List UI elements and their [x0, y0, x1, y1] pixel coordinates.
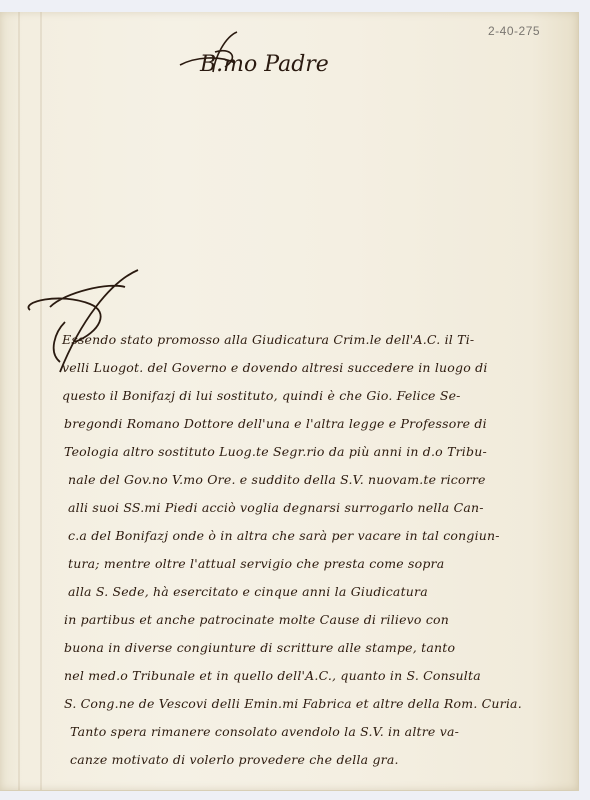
- letter-line: velli Luogot. del Governo e dovendo altr…: [62, 360, 488, 375]
- salutation-flourish-icon: [175, 27, 255, 87]
- letter-line: c.a del Bonifazj onde ò in altra che sar…: [68, 528, 500, 543]
- letter-line: in partibus et anche patrocinate molte C…: [64, 612, 449, 627]
- letter-line: alli suoi SS.mi Piedi acciò voglia degna…: [68, 500, 484, 515]
- letter-line: Essendo stato promosso alla Giudicatura …: [62, 332, 474, 347]
- letter-line: questo il Bonifazj di lui sostituto, qui…: [62, 388, 461, 403]
- letter-line: nale del Gov.no V.mo Ore. e suddito dell…: [68, 472, 486, 487]
- letter-line: Teologia altro sostituto Luog.te Segr.ri…: [64, 444, 487, 459]
- letter-line: Tanto spera rimanere consolato avendolo …: [70, 724, 459, 739]
- letter-line: S. Cong.ne de Vescovi delli Emin.mi Fabr…: [64, 696, 522, 711]
- letter-line: tura; mentre oltre l'attual servigio che…: [68, 556, 444, 571]
- salutation: B.mo Padre: [200, 52, 329, 77]
- archive-number: 2-40-275: [488, 24, 540, 38]
- letter-line: nel med.o Tribunale et in quello dell'A.…: [64, 668, 481, 683]
- letter-line: bregondi Romano Dottore dell'una e l'alt…: [64, 416, 487, 431]
- letter-line: canze motivato di volerlo provedere che …: [70, 752, 399, 767]
- letter-line: buona in diverse congiunture di scrittur…: [64, 640, 455, 655]
- letter-line: alla S. Sede, hà esercitato e cinque ann…: [68, 584, 428, 599]
